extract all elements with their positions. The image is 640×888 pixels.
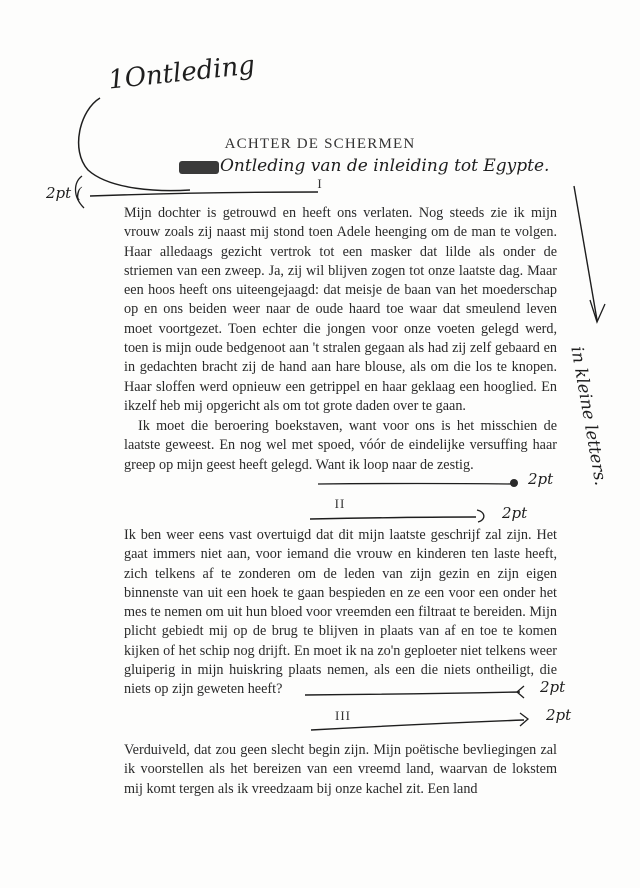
- section-1-paragraph-2: Ik moet die beroering boekstaven, want v…: [124, 417, 557, 475]
- section-3-paragraph-1: Verduiveld, dat zou geen slecht begin zi…: [124, 741, 557, 799]
- section-number-3: III: [318, 708, 368, 724]
- right-margin-note: in kleine letters.: [566, 345, 610, 487]
- document-title: ACHTER DE SCHERMEN: [0, 136, 640, 153]
- spacing-mark-3: 2pt: [540, 678, 565, 696]
- spacing-mark-4: 2pt: [546, 706, 571, 724]
- section-2-paragraph-1: Ik ben weer eens vast overtuigd dat dit …: [124, 526, 557, 700]
- left-margin-spacing-note: 2pt (: [46, 184, 82, 202]
- section-1-paragraph-1: Mijn dochter is getrouwd en heeft ons ve…: [124, 204, 557, 416]
- heading-handwritten-note: 1Ontleding: [107, 50, 256, 95]
- spacing-mark-2: 2pt: [502, 504, 527, 522]
- section-number-1: I: [300, 176, 340, 192]
- section-number-2: II: [320, 496, 360, 512]
- scanned-page: 1Ontleding ACHTER DE SCHERMEN Ontleding …: [0, 0, 640, 888]
- spacing-mark-1: 2pt: [528, 470, 553, 488]
- subtitle-handwritten-note: Ontleding van de inleiding tot Egypte.: [220, 156, 549, 176]
